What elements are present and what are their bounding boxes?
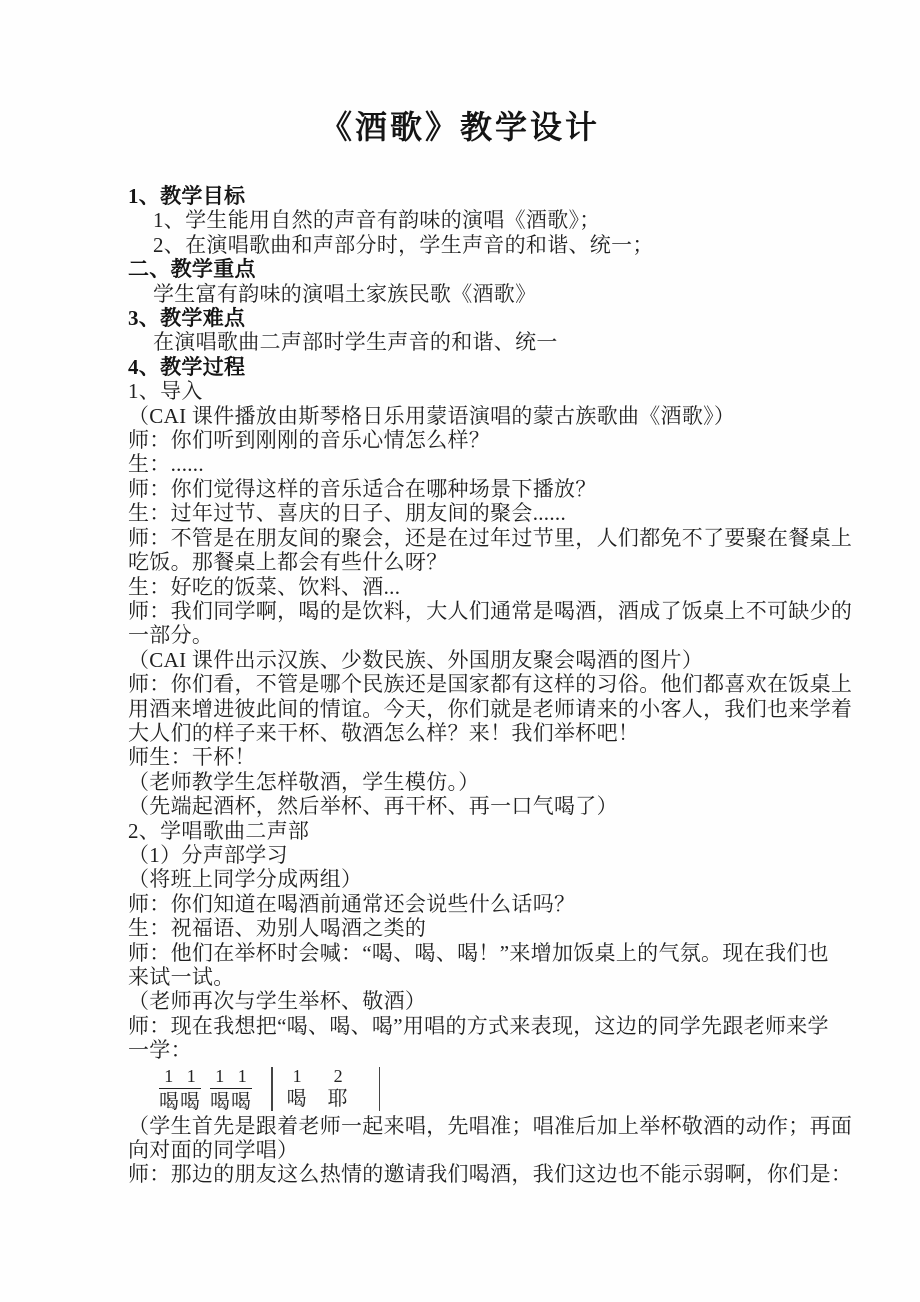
text-line: 学生富有韵味的演唱土家族民歌《酒歌》	[128, 282, 792, 306]
text-line: 师：现在我想把“喝、喝、喝”用唱的方式来表现，这边的同学先跟老师来学	[128, 1014, 792, 1038]
notation-lyric: 耶	[328, 1088, 349, 1111]
text-line: 师：你们觉得这样的音乐适合在哪种场景下播放？	[128, 477, 792, 501]
text-line: （老师再次与学生举杯、敬酒）	[128, 989, 792, 1013]
text-line: 4、教学过程	[128, 355, 792, 379]
notation-lyric: 喝喝	[210, 1091, 252, 1114]
text-line: 大人们的样子来干杯、敬酒怎么样？来！我们举杯吧！	[128, 721, 792, 745]
text-line: 用酒来增进彼此间的情谊。今天，你们就是老师请来的小客人，我们也来学着	[128, 697, 792, 721]
notation-barline	[379, 1067, 381, 1111]
text-line: 1、教学目标	[128, 184, 792, 208]
text-line: （学生首先是跟着老师一起来唱，先唱准；唱准后加上举杯敬酒的动作；再面	[128, 1114, 792, 1138]
text-line: 吃饭。那餐桌上都会有些什么呀？	[128, 550, 792, 574]
text-line: 师：你们看，不管是哪个民族还是国家都有这样的习俗。他们都喜欢在饭桌上	[128, 672, 792, 696]
document-title: 《酒歌》教学设计	[128, 104, 792, 150]
text-line: 1、学生能用自然的声音有韵味的演唱《酒歌》；	[128, 208, 792, 232]
text-line: 师：他们在举杯时会喊：“喝、喝、喝！”来增加饭桌上的气氛。现在我们也	[128, 941, 792, 965]
notation-barline	[271, 1067, 273, 1111]
text-line: 一部分。	[128, 623, 792, 647]
jianpu-notation: 1 1喝喝1 1喝喝1喝2耶	[159, 1066, 792, 1113]
notation-note-group: 1 1喝喝	[210, 1066, 252, 1113]
notation-numbers: 2	[329, 1066, 348, 1086]
text-line: 生：过年过节、喜庆的日子、朋友间的聚会......	[128, 501, 792, 525]
text-line: （将班上同学分成两组）	[128, 867, 792, 891]
text-line: 2、在演唱歌曲和声部分时，学生声音的和谐、统一；	[128, 233, 792, 257]
text-line: 2、学唱歌曲二声部	[128, 819, 792, 843]
text-line: 一学：	[128, 1038, 792, 1062]
notation-note-group: 1 1喝喝	[159, 1066, 201, 1113]
notation-numbers: 1	[288, 1066, 307, 1086]
text-line: 生：祝福语、劝别人喝酒之类的	[128, 916, 792, 940]
text-line: 生：好吃的饭菜、饮料、酒...	[128, 575, 792, 599]
document-page: 《酒歌》教学设计 1、教学目标1、学生能用自然的声音有韵味的演唱《酒歌》；2、在…	[0, 0, 920, 1302]
text-line: 生：......	[128, 452, 792, 476]
notation-numbers: 1 1	[159, 1066, 201, 1089]
text-line: 师：那边的朋友这么热情的邀请我们喝酒，我们这边也不能示弱啊，你们是：	[128, 1162, 792, 1186]
notation-note-group: 2耶	[328, 1066, 349, 1113]
notation-lyric: 喝喝	[159, 1091, 201, 1114]
text-line: 1、导入	[128, 379, 792, 403]
text-line: （CAI 课件播放由斯琴格日乐用蒙语演唱的蒙古族歌曲《酒歌》）	[128, 404, 792, 428]
notation-lyric: 喝	[287, 1088, 308, 1111]
notation-note-group: 1喝	[287, 1066, 308, 1113]
text-line: 师：我们同学啊，喝的是饮料，大人们通常是喝酒，酒成了饭桌上不可缺少的	[128, 599, 792, 623]
text-line: （先端起酒杯，然后举杯、再干杯、再一口气喝了）	[128, 794, 792, 818]
text-line: 来试一试。	[128, 965, 792, 989]
text-line: 二、教学重点	[128, 257, 792, 281]
text-line: 师：不管是在朋友间的聚会，还是在过年过节里，人们都免不了要聚在餐桌上	[128, 526, 792, 550]
notation-numbers: 1 1	[210, 1066, 252, 1089]
text-line: 师：你们听到刚刚的音乐心情怎么样？	[128, 428, 792, 452]
text-line: （1）分声部学习	[128, 843, 792, 867]
document-body: 1、教学目标1、学生能用自然的声音有韵味的演唱《酒歌》；2、在演唱歌曲和声部分时…	[128, 184, 792, 1187]
text-line: 3、教学难点	[128, 306, 792, 330]
text-line: 向对面的同学唱）	[128, 1138, 792, 1162]
text-line: （CAI 课件出示汉族、少数民族、外国朋友聚会喝酒的图片）	[128, 648, 792, 672]
text-line: 师生：干杯！	[128, 745, 792, 769]
text-line: 在演唱歌曲二声部时学生声音的和谐、统一	[128, 330, 792, 354]
text-line: （老师教学生怎样敬酒，学生模仿。）	[128, 770, 792, 794]
text-line: 师：你们知道在喝酒前通常还会说些什么话吗？	[128, 892, 792, 916]
